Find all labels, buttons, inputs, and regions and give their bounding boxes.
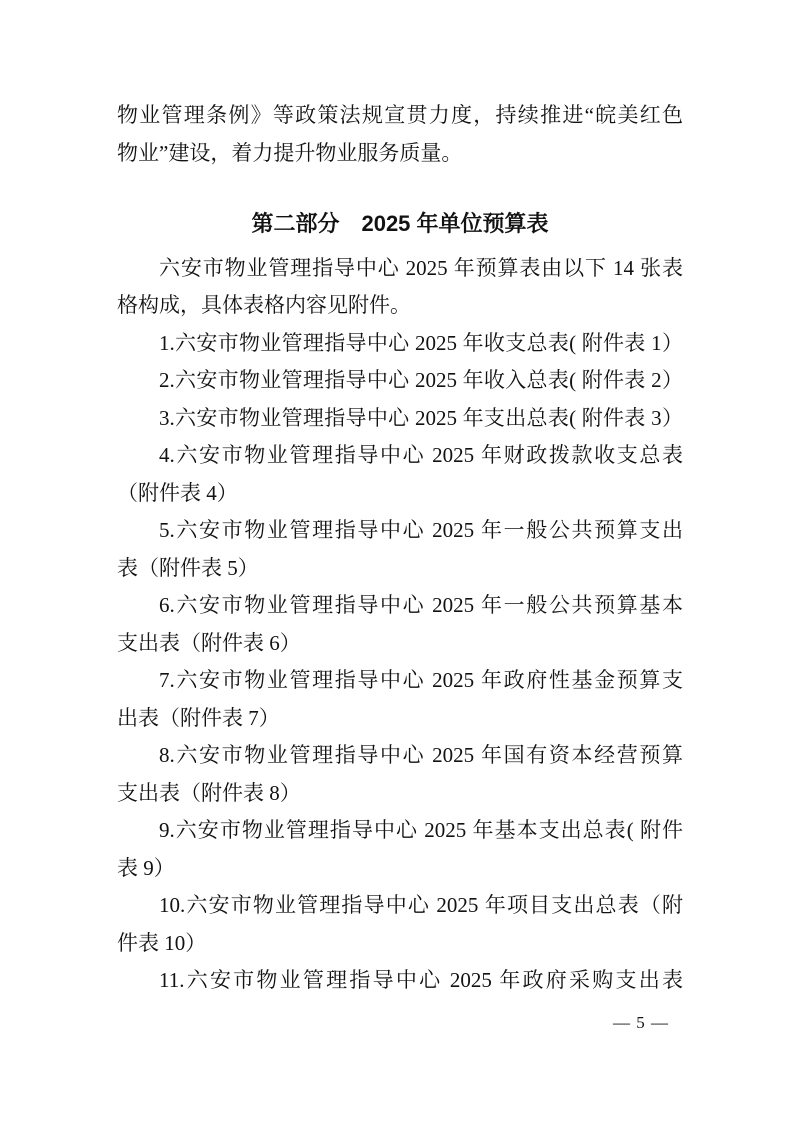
- intro-line-2: 格构成，具体表格内容见附件。: [117, 287, 683, 325]
- list-line-9: 9.六安市物业管理指导中心 2025 年基本支出总表( 附件: [117, 812, 683, 850]
- list-line-6-continuation: 支出表（附件表 6）: [117, 625, 683, 663]
- list-line-8: 8.六安市物业管理指导中心 2025 年国有资本经营预算: [117, 737, 683, 775]
- list-line-10-continuation: 件表 10）: [117, 925, 683, 963]
- document-page: 物业管理条例》等政策法规宣贯力度，持续推进“皖美红色 物业”建设，着力提升物业服…: [0, 0, 793, 1122]
- list-line-1: 1.六安市物业管理指导中心 2025 年收支总表( 附件表 1）: [117, 325, 683, 363]
- list-line-8-continuation: 支出表（附件表 8）: [117, 775, 683, 813]
- document-content: 物业管理条例》等政策法规宣贯力度，持续推进“皖美红色 物业”建设，着力提升物业服…: [117, 97, 683, 1000]
- list-line-3: 3.六安市物业管理指导中心 2025 年支出总表( 附件表 3）: [117, 400, 683, 438]
- carryover-line-1: 物业管理条例》等政策法规宣贯力度，持续推进“皖美红色: [117, 97, 683, 135]
- list-line-2: 2.六安市物业管理指导中心 2025 年收入总表( 附件表 2）: [117, 362, 683, 400]
- list-line-11: 11.六安市物业管理指导中心 2025 年政府采购支出表: [117, 962, 683, 1000]
- page-number: — 5 —: [613, 1012, 669, 1033]
- intro-line-1: 六安市物业管理指导中心 2025 年预算表由以下 14 张表: [117, 250, 683, 288]
- carryover-line-2: 物业”建设，着力提升物业服务质量。: [117, 135, 683, 173]
- list-line-7: 7.六安市物业管理指导中心 2025 年政府性基金预算支: [117, 662, 683, 700]
- list-line-4: 4.六安市物业管理指导中心 2025 年财政拨款收支总表: [117, 437, 683, 475]
- list-line-9-continuation: 表 9）: [117, 850, 683, 888]
- list-line-10: 10.六安市物业管理指导中心 2025 年项目支出总表（附: [117, 887, 683, 925]
- list-line-4-continuation: （附件表 4）: [117, 475, 683, 513]
- list-line-5-continuation: 表（附件表 5）: [117, 550, 683, 588]
- section-heading: 第二部分 2025 年单位预算表: [117, 205, 683, 243]
- list-line-5: 5.六安市物业管理指导中心 2025 年一般公共预算支出: [117, 512, 683, 550]
- list-line-7-continuation: 出表（附件表 7）: [117, 700, 683, 738]
- list-line-6: 6.六安市物业管理指导中心 2025 年一般公共预算基本: [117, 587, 683, 625]
